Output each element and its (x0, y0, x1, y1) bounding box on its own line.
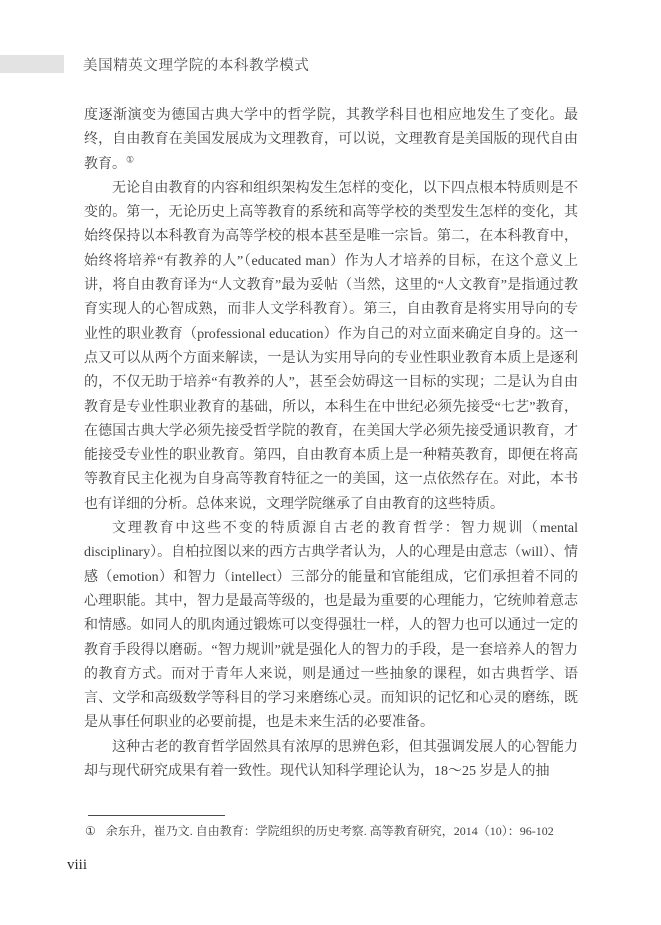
body-text-block: 度逐渐演变为德国古典大学中的哲学院，其教学科目也相应地发生了变化。最终，自由教育… (84, 104, 578, 784)
header-decoration-bar (0, 55, 64, 73)
footnote-reference-mark: ① (126, 154, 134, 164)
footnote-marker: ① (85, 824, 96, 838)
page-number: viii (67, 857, 87, 874)
running-head-title: 美国精英文理学院的本科教学模式 (83, 54, 310, 75)
body-paragraph: 无论自由教育的内容和组织架构发生怎样的变化，以下四点根本特质则是不变的。第一，无… (84, 177, 578, 517)
footnote-divider (88, 815, 225, 816)
body-paragraph: 度逐渐演变为德国古典大学中的哲学院，其教学科目也相应地发生了变化。最终，自由教育… (84, 104, 578, 177)
body-paragraph: 这种古老的教育哲学固然具有浓厚的思辨色彩，但其强调发展人的心智能力却与现代研究成… (84, 736, 578, 785)
footnote-text: 余东升，崔乃文. 自由教育：学院组织的历史考察. 高等教育研究，2014（10）… (106, 824, 554, 838)
body-paragraph: 文理教育中这些不变的特质源自古老的教育哲学：智力规训（mental discip… (84, 517, 578, 736)
footnote: ①余东升，崔乃文. 自由教育：学院组织的历史考察. 高等教育研究，2014（10… (85, 822, 585, 840)
book-page: 美国精英文理学院的本科教学模式 度逐渐演变为德国古典大学中的哲学院，其教学科目也… (0, 0, 661, 925)
paragraph-text: 度逐渐演变为德国古典大学中的哲学院，其教学科目也相应地发生了变化。最终，自由教育… (84, 108, 578, 172)
